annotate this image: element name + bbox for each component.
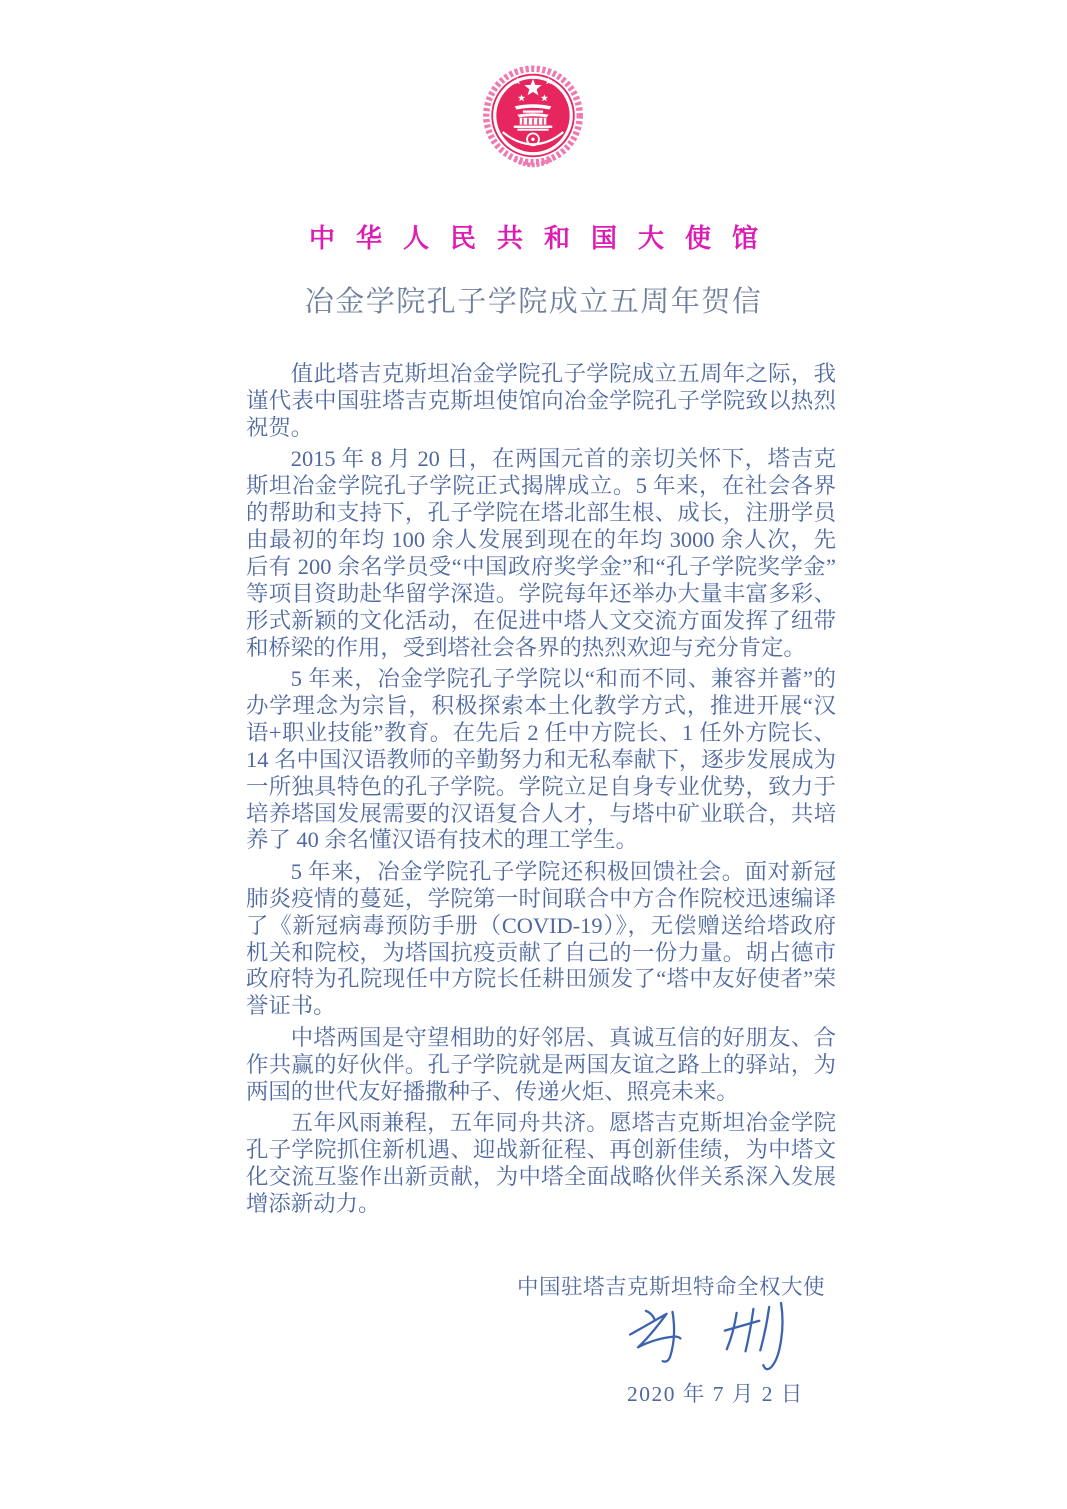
letter-paragraph: 5 年来，冶金学院孔子学院还积极回馈社会。面对新冠肺炎疫情的蔓延，学院第一时间联… bbox=[246, 859, 836, 1020]
letter-title: 冶金学院孔子学院成立五周年贺信 bbox=[0, 279, 1067, 320]
letter-paragraph: 值此塔吉克斯坦冶金学院孔子学院成立五周年之际，我谨代表中国驻塔吉克斯坦使馆向冶金… bbox=[246, 361, 836, 442]
letter-page: 中华人民共和国大使馆 冶金学院孔子学院成立五周年贺信 值此塔吉克斯坦冶金学院孔子… bbox=[0, 0, 1067, 1509]
letter-body: 值此塔吉克斯坦冶金学院孔子学院成立五周年之际，我谨代表中国驻塔吉克斯坦使馆向冶金… bbox=[246, 361, 836, 1222]
handwritten-signature-icon bbox=[626, 1302, 794, 1376]
letter-paragraph: 5 年来，冶金学院孔子学院以“和而不同、兼容并蓄”的办学理念为宗旨，积极探索本土… bbox=[246, 666, 836, 854]
letter-paragraph: 中塔两国是守望相助的好邻居、真诚互信的好朋友、合作共赢的好伙伴。孔子学院就是两国… bbox=[246, 1025, 836, 1106]
letter-paragraph: 五年风雨兼程，五年同舟共济。愿塔吉克斯坦冶金学院孔子学院抓住新机遇、迎战新征程、… bbox=[246, 1110, 836, 1218]
letter-paragraph: 2015 年 8 月 20 日，在两国元首的亲切关怀下，塔吉克斯坦冶金学院孔子学… bbox=[246, 446, 836, 661]
signer-title: 中国驻塔吉克斯坦特命全权大使 bbox=[517, 1270, 825, 1301]
letter-date: 2020 年 7 月 2 日 bbox=[627, 1377, 804, 1408]
prc-national-emblem-icon bbox=[478, 64, 588, 178]
embassy-name: 中华人民共和国大使馆 bbox=[0, 218, 1067, 255]
